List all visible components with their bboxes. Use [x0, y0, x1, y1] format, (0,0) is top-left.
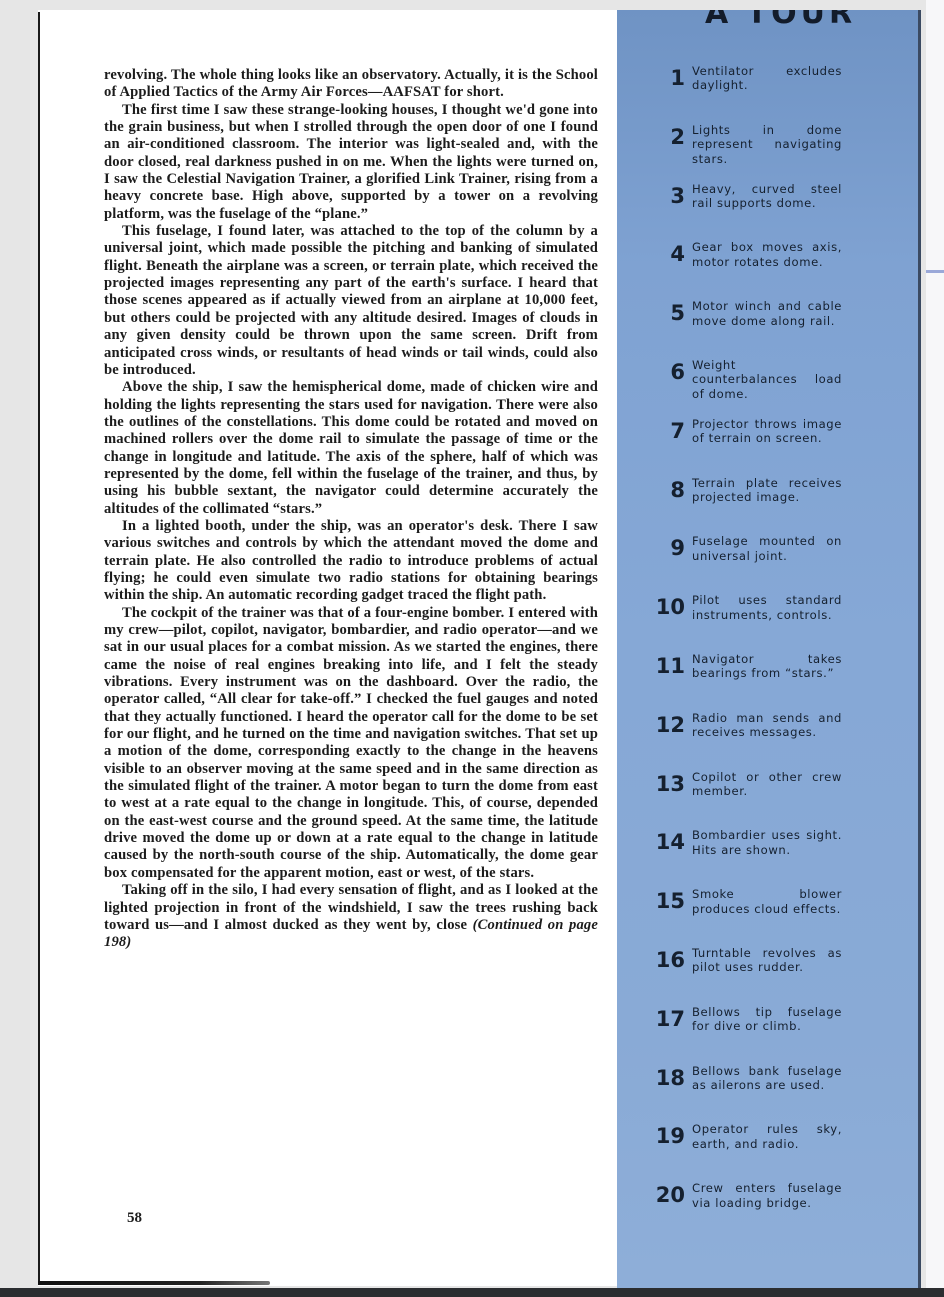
legend-text: Ventilator excludes daylight. [692, 64, 842, 93]
legend-number: 20 [656, 1182, 685, 1208]
legend-text: Smoke blower produces cloud effects. [692, 887, 842, 916]
legend-number: 11 [656, 653, 685, 679]
legend-item: 7Projector throws image of terrain on sc… [637, 418, 897, 458]
legend-text: Bombardier uses sight. Hits are shown. [692, 828, 842, 857]
legend-item: 10Pilot uses standard instruments, contr… [637, 594, 897, 634]
legend-text: Crew enters fuselage via loading bridge. [692, 1181, 842, 1210]
legend-text: Lights in dome represent navigating star… [692, 123, 842, 166]
sidebar-heading: A TOUR [705, 10, 856, 31]
article-paragraph: Above the ship, I saw the hemispherical … [104, 379, 598, 518]
tour-sidebar: A TOUR 1Ventilator excludes daylight.2Li… [617, 10, 920, 1288]
legend-number: 3 [670, 183, 685, 209]
article-paragraph: In a lighted booth, under the ship, was … [104, 518, 598, 605]
legend-item: 20Crew enters fuselage via loading bridg… [637, 1182, 897, 1222]
article-paragraph: The first time I saw these strange-looki… [104, 102, 598, 223]
legend-number: 18 [656, 1065, 685, 1091]
legend-item: 4Gear box moves axis, motor rotates dome… [637, 241, 897, 281]
legend-text: Heavy, curved steel rail supports dome. [692, 182, 842, 211]
legend-text: Copilot or other crew member. [692, 770, 842, 799]
legend-item: 15Smoke blower produces cloud effects. [637, 888, 897, 928]
legend-item: 8Terrain plate receives projected image. [637, 477, 897, 517]
page-left-border [38, 12, 40, 1284]
legend-number: 17 [656, 1006, 685, 1032]
legend-text: Bellows tip fuselage for dive or climb. [692, 1005, 842, 1034]
legend-text: Bellows bank fuselage as ailerons are us… [692, 1064, 842, 1093]
legend-text: Fuselage mounted on universal joint. [692, 534, 842, 563]
legend-item: 17Bellows tip fuselage for dive or climb… [637, 1006, 897, 1046]
article-paragraph-last: Taking off in the silo, I had every sens… [104, 882, 598, 951]
legend-item: 12Radio man sends and receives messages. [637, 712, 897, 752]
legend-item: 19Operator rules sky, earth, and radio. [637, 1123, 897, 1163]
legend-text: Gear box moves axis, motor rotates dome. [692, 240, 842, 269]
legend-item: 11Navigator takes bearings from “stars.” [637, 653, 897, 693]
legend-item: 5Motor winch and cable move dome along r… [637, 300, 897, 340]
viewer-right-gutter [926, 0, 944, 1288]
legend-text: Operator rules sky, earth, and radio. [692, 1122, 842, 1151]
legend-number: 15 [656, 888, 685, 914]
page-number: 58 [127, 1210, 142, 1227]
legend-text: Weight counterbalances load of dome. [692, 358, 842, 401]
legend-item: 3Heavy, curved steel rail supports dome. [637, 183, 897, 223]
sidebar-edge [918, 10, 921, 1288]
article-body: revolving. The whole thing looks like an… [104, 67, 598, 952]
legend-number: 2 [670, 124, 685, 150]
legend-item: 2Lights in dome represent navigating sta… [637, 124, 897, 164]
legend-item: 9Fuselage mounted on universal joint. [637, 535, 897, 575]
legend-item: 14Bombardier uses sight. Hits are shown. [637, 829, 897, 869]
legend-text: Terrain plate receives projected image. [692, 476, 842, 505]
article-paragraph: This fuselage, I found later, was attach… [104, 223, 598, 379]
legend-text: Turntable revolves as pilot uses rudder. [692, 946, 842, 975]
page-bottom-border [38, 1281, 270, 1285]
legend-number: 6 [670, 359, 685, 385]
legend-number: 19 [656, 1123, 685, 1149]
article-paragraph: The cockpit of the trainer was that of a… [104, 605, 598, 883]
legend-item: 13Copilot or other crew member. [637, 771, 897, 811]
legend-number: 9 [670, 535, 685, 561]
legend-number: 1 [670, 65, 685, 91]
legend-number: 4 [670, 241, 685, 267]
article-paragraph: revolving. The whole thing looks like an… [104, 67, 598, 102]
legend-text: Radio man sends and receives messages. [692, 711, 842, 740]
legend-text: Navigator takes bearings from “stars.” [692, 652, 842, 681]
legend-item: 18Bellows bank fuselage as ailerons are … [637, 1065, 897, 1105]
legend-number: 14 [656, 829, 685, 855]
legend-number: 12 [656, 712, 685, 738]
scroll-position-marker[interactable] [926, 270, 944, 273]
legend-number: 10 [656, 594, 685, 620]
legend-number: 7 [670, 418, 685, 444]
legend-text: Projector throws image of terrain on scr… [692, 417, 842, 446]
legend-number: 16 [656, 947, 685, 973]
viewer-bottom-bar [0, 1288, 944, 1297]
legend-item: 6Weight counterbalances load of dome. [637, 359, 897, 399]
legend-item: 16Turntable revolves as pilot uses rudde… [637, 947, 897, 987]
legend-text: Motor winch and cable move dome along ra… [692, 299, 842, 328]
legend-text: Pilot uses standard instruments, control… [692, 593, 842, 622]
legend-number: 5 [670, 300, 685, 326]
legend-item: 1Ventilator excludes daylight. [637, 65, 897, 105]
legend-number: 13 [656, 771, 685, 797]
legend-number: 8 [670, 477, 685, 503]
